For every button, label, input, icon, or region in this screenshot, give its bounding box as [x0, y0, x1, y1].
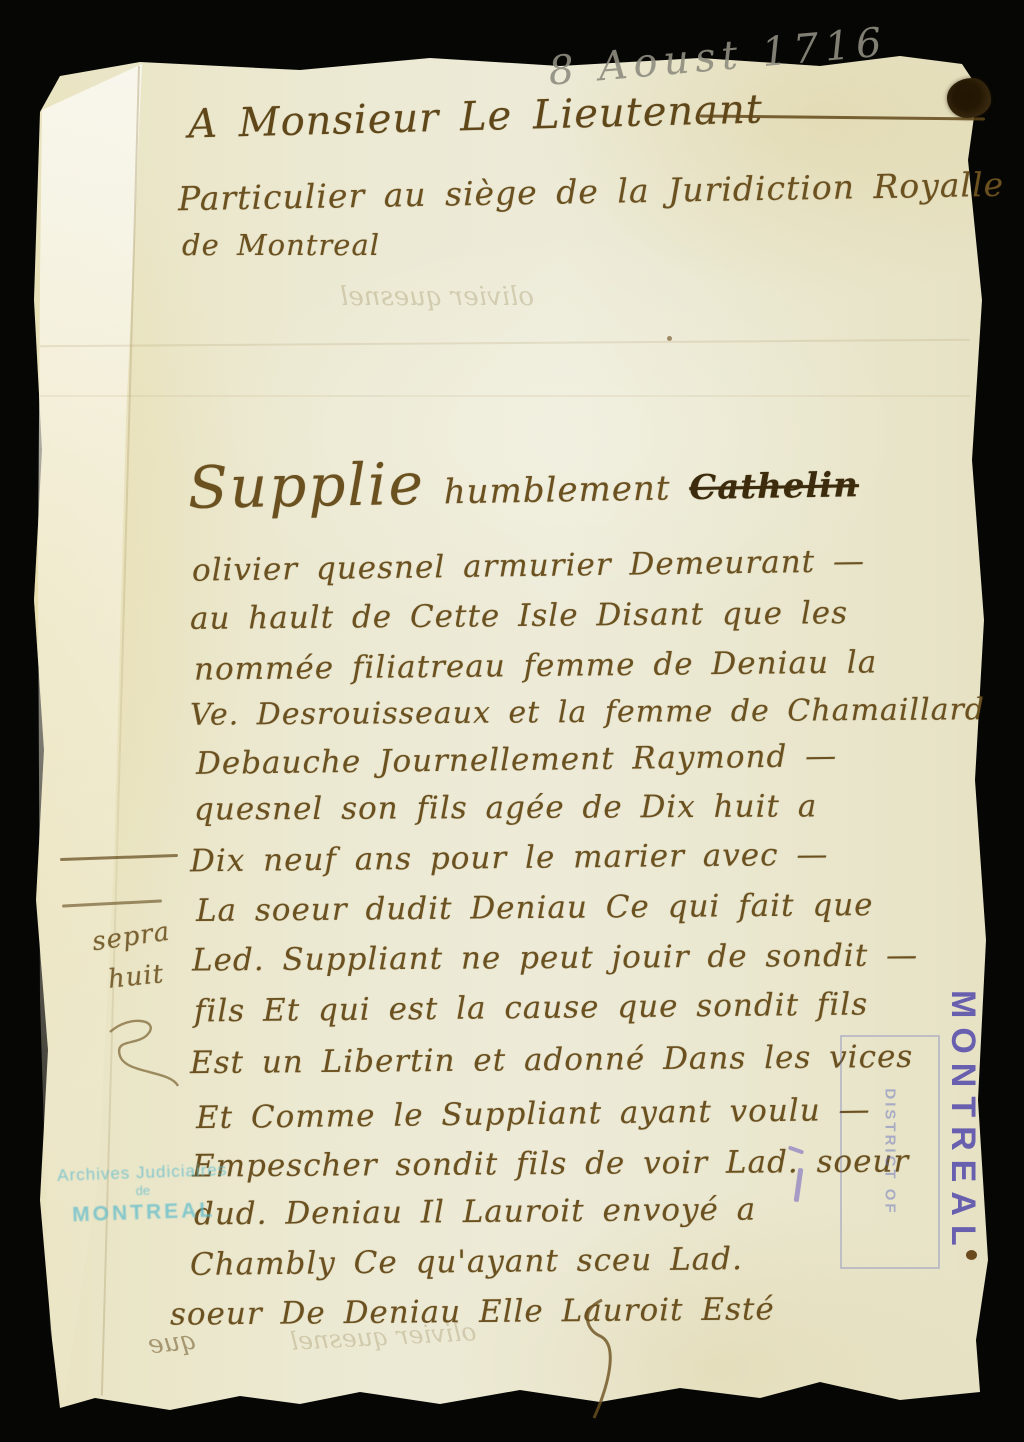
manuscript-line: Chambly Ce qu'ayant sceu Lad. — [190, 1241, 743, 1283]
margin-note: huit — [107, 959, 166, 995]
manuscript-line: au hault de Cette Isle Disant que les — [190, 595, 848, 637]
archival-photo: olivier quesnel olivier quesnel que 8 Ao… — [0, 0, 1024, 1442]
bleedthrough-text: olivier quesnel — [340, 282, 534, 312]
manuscript-line: La soeur dudit Deniau Ce qui fait que — [196, 887, 874, 929]
district-faint-stamp: DISTRICT OF — [840, 1035, 940, 1269]
manuscript-line: Dix neuf ans pour le marier avec — — [190, 837, 829, 880]
ink-speck — [966, 1250, 977, 1260]
petition-opening-line: Supplie humblement Cathelin — [187, 442, 859, 522]
ink-blot — [947, 78, 991, 118]
horizontal-crease — [40, 395, 970, 397]
address-line: de Montreal — [182, 228, 380, 262]
manuscript-line: dud. Deniau Il Lauroit envoyé a — [194, 1192, 756, 1233]
ink-flourish — [100, 1012, 190, 1132]
manuscript-line: Led. Suppliant ne peut jouir de sondit — — [192, 937, 918, 978]
opening-rest: humblement — [443, 468, 670, 512]
ink-speck — [667, 336, 672, 341]
manuscript-line: Ve. Desrouisseaux et la femme de Chamail… — [190, 692, 985, 733]
stamp-text: DISTRICT OF — [882, 1088, 899, 1215]
opening-struck-word: Cathelin — [689, 465, 859, 508]
manuscript-line: soeur De Deniau Elle Lauroit Esté — [170, 1291, 775, 1332]
manuscript-line: Est un Libertin et adonné Dans les vices — [190, 1039, 914, 1081]
manuscript-line: nommée filiatreau femme de Deniau la — [194, 644, 878, 687]
opening-word: Supplie — [187, 450, 425, 522]
ink-flourish — [560, 1296, 630, 1426]
manuscript-line: quesnel son fils agée de Dix huit a — [194, 788, 817, 827]
archives-judiciaires-stamp: Archives Judiciaires de MONTREAL — [37, 1158, 249, 1229]
montreal-vertical-stamp: MONTREAL — [702, 990, 982, 1026]
